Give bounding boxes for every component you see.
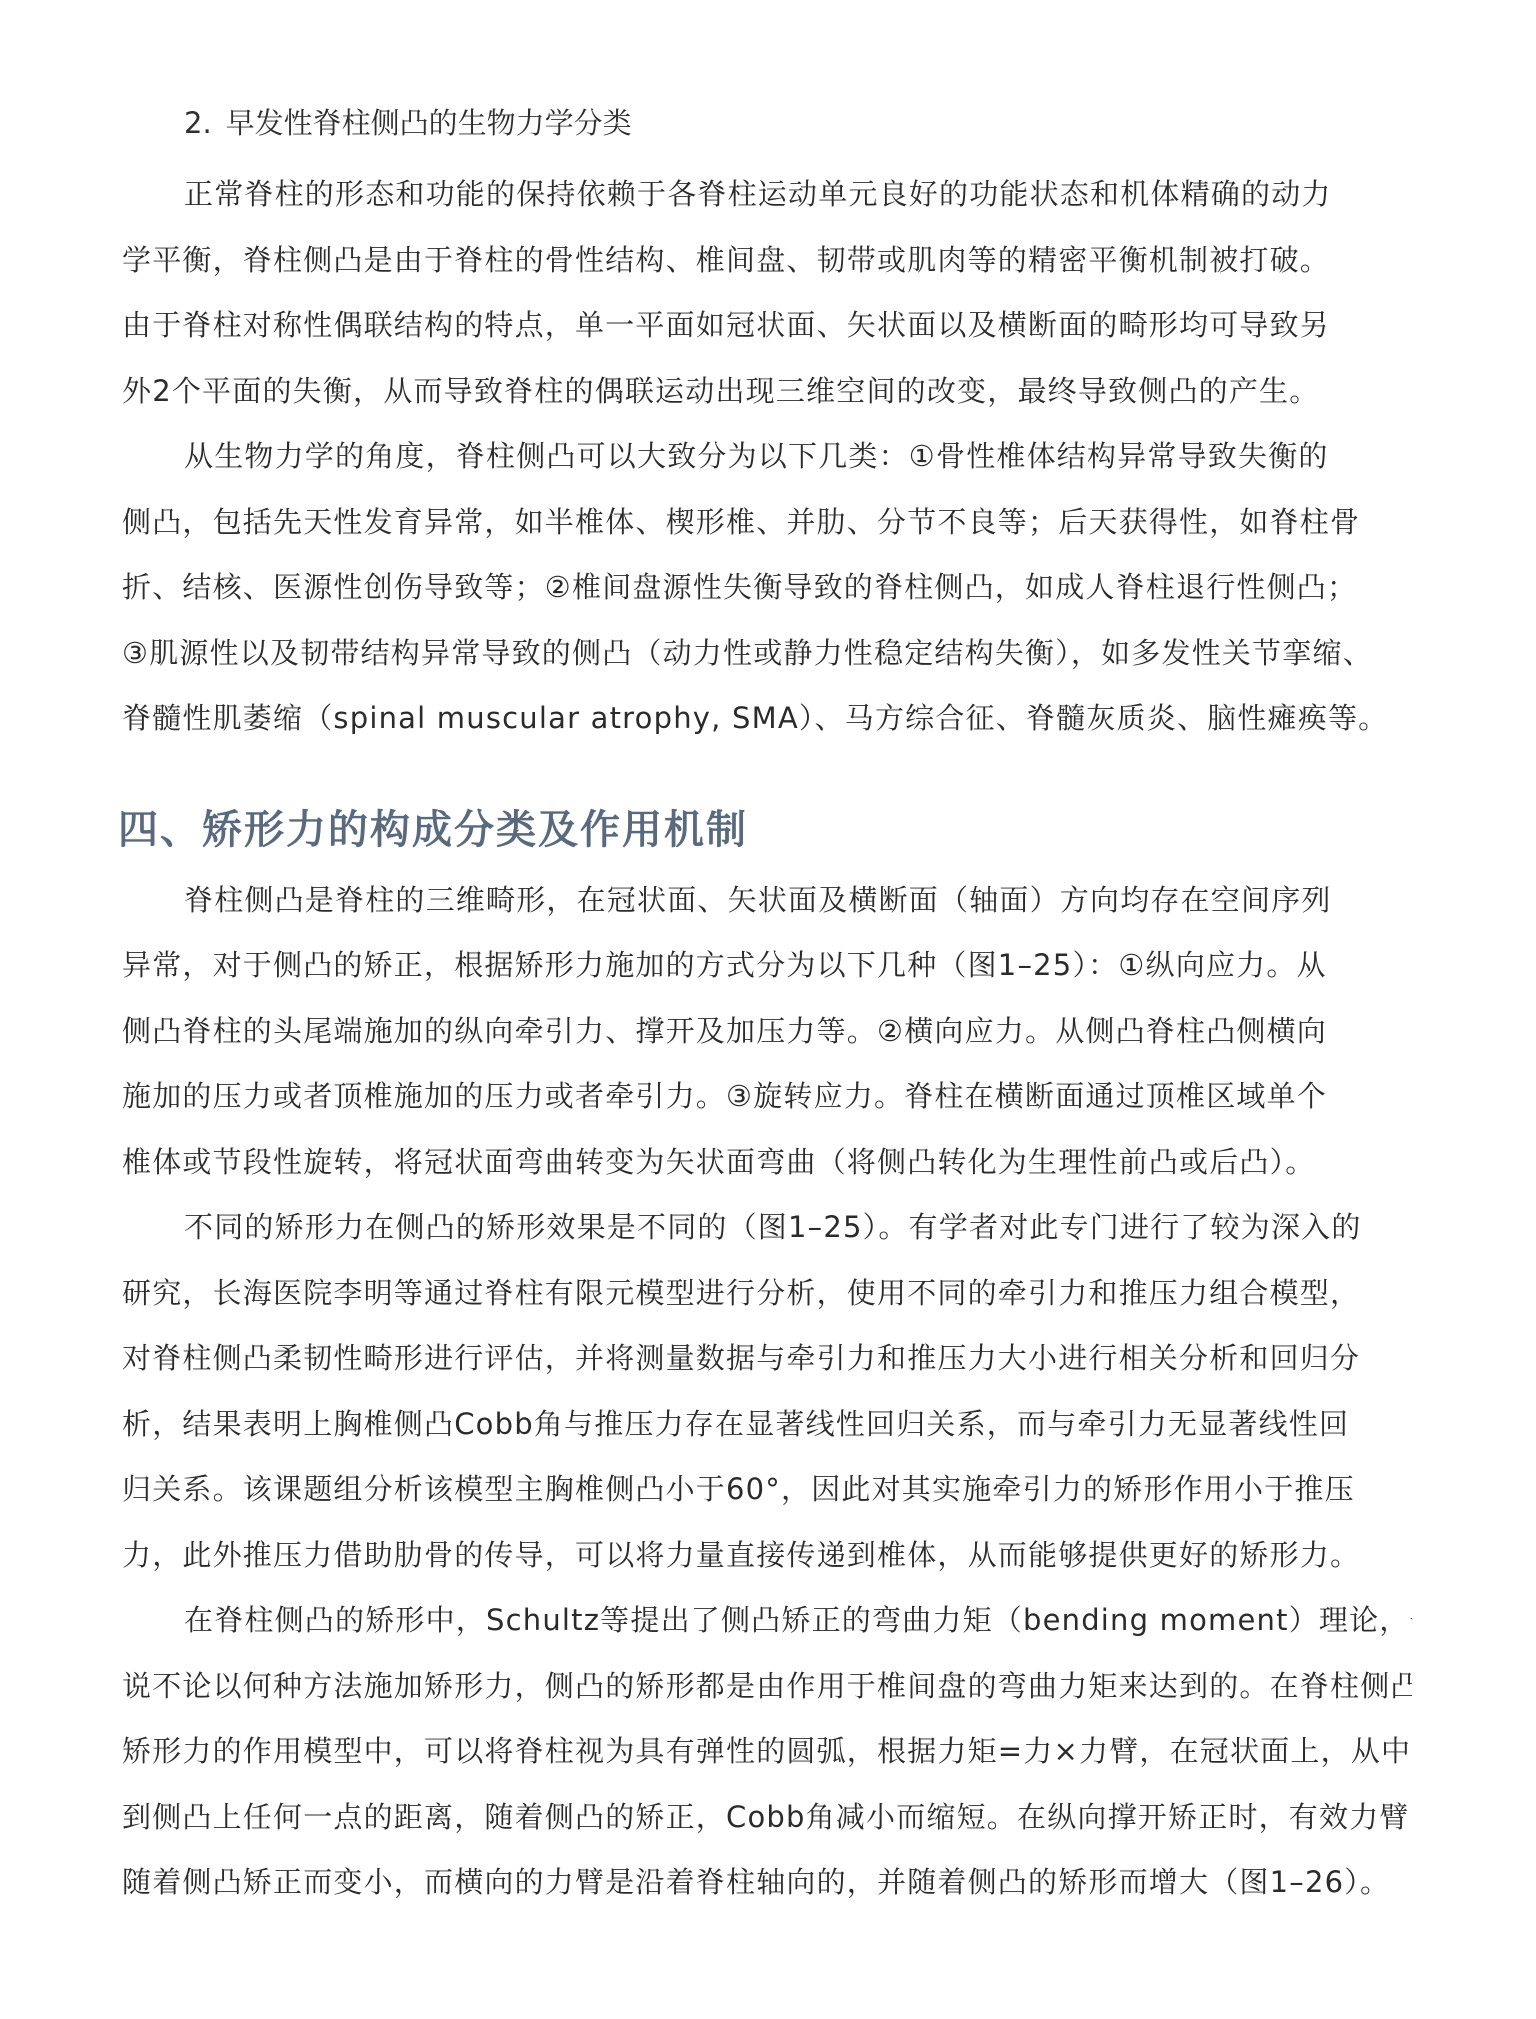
- text-line: 矫形力的作用模型中，可以将脊柱视为具有弹性的圆弧，根据力矩=力×力臂，在冠状面上…: [122, 1719, 1412, 1785]
- text-line: 归关系。该课题组分析该模型主胸椎侧凸小于60°，因此对其实施牵引力的矫形作用小于…: [122, 1457, 1412, 1523]
- text-line: 侧凸，包括先天性发育异常，如半椎体、楔形椎、并肋、分节不良等；后天获得性，如脊柱…: [122, 490, 1412, 556]
- text-line: 到侧凸上任何一点的距离，随着侧凸的矫正，Cobb角减小而缩短。在纵向撑开矫正时，…: [122, 1785, 1412, 1851]
- text-line: 椎体或节段性旋转，将冠状面弯曲转变为矢状面弯曲（将侧凸转化为生理性前凸或后凸）。: [122, 1130, 1412, 1196]
- text-line: 侧凸脊柱的头尾端施加的纵向牵引力、撑开及加压力等。②横向应力。从侧凸脊柱凸侧横向: [122, 999, 1412, 1065]
- paragraph-corrective-effect: 不同的矫形力在侧凸的矫形效果是不同的（图1–25）。有学者对此专门进行了较为深入…: [122, 1195, 1412, 1588]
- text-line: 正常脊柱的形态和功能的保持依赖于各脊柱运动单元良好的功能状态和机体精确的动力: [122, 162, 1412, 228]
- document-page: 2.早发性脊柱侧凸的生物力学分类 正常脊柱的形态和功能的保持依赖于各脊柱运动单元…: [122, 98, 1412, 1916]
- text-line: 脊髓性肌萎缩（spinal muscular atrophy, SMA）、马方综…: [122, 686, 1412, 752]
- subsection-title: 早发性脊柱侧凸的生物力学分类: [226, 106, 632, 140]
- subsection-heading: 2.早发性脊柱侧凸的生物力学分类: [122, 98, 1412, 148]
- text-line: 折、结核、医源性创伤导致等；②椎间盘源性失衡导致的脊柱侧凸，如成人脊柱退行性侧凸…: [122, 555, 1412, 621]
- text-line: 学平衡，脊柱侧凸是由于脊柱的骨性结构、椎间盘、韧带或肌肉等的精密平衡机制被打破。: [122, 228, 1412, 294]
- text-line: 在脊柱侧凸的矫形中，Schultz等提出了侧凸矫正的弯曲力矩（bending m…: [122, 1588, 1412, 1654]
- subsection-number: 2.: [184, 106, 212, 140]
- text-line: 施加的压力或者顶椎施加的压力或者牵引力。③旋转应力。脊柱在横断面通过顶椎区域单个: [122, 1064, 1412, 1130]
- text-line: 力，此外推压力借助肋骨的传导，可以将力量直接传递到椎体，从而能够提供更好的矫形力…: [122, 1523, 1412, 1589]
- text-line: 从生物力学的角度，脊柱侧凸可以大致分为以下几类：①骨性椎体结构异常导致失衡的: [122, 424, 1412, 490]
- text-line: 随着侧凸矫正而变小，而横向的力臂是沿着脊柱轴向的，并随着侧凸的矫形而增大（图1–…: [122, 1850, 1412, 1916]
- paragraph-normal-spine: 正常脊柱的形态和功能的保持依赖于各脊柱运动单元良好的功能状态和机体精确的动力 学…: [122, 162, 1412, 424]
- paragraph-bending-moment: 在脊柱侧凸的矫形中，Schultz等提出了侧凸矫正的弯曲力矩（bending m…: [122, 1588, 1412, 1916]
- text-line: 对脊柱侧凸柔韧性畸形进行评估，并将测量数据与牵引力和推压力大小进行相关分析和回归…: [122, 1326, 1412, 1392]
- paragraph-biomechanical-classes: 从生物力学的角度，脊柱侧凸可以大致分为以下几类：①骨性椎体结构异常导致失衡的 侧…: [122, 424, 1412, 752]
- text-line: ③肌源性以及韧带结构异常导致的侧凸（动力性或静力性稳定结构失衡），如多发性关节挛…: [122, 621, 1412, 687]
- text-line: 异常，对于侧凸的矫正，根据矫形力施加的方式分为以下几种（图1–25）：①纵向应力…: [122, 933, 1412, 999]
- text-line: 不同的矫形力在侧凸的矫形效果是不同的（图1–25）。有学者对此专门进行了较为深入…: [122, 1195, 1412, 1261]
- text-line: 析，结果表明上胸椎侧凸Cobb角与推压力存在显著线性回归关系，而与牵引力无显著线…: [122, 1392, 1412, 1458]
- paragraph-3d-deformity: 脊柱侧凸是脊柱的三维畸形，在冠状面、矢状面及横断面（轴面）方向均存在空间序列 异…: [122, 868, 1412, 1196]
- text-line: 研究，长海医院李明等通过脊柱有限元模型进行分析，使用不同的牵引力和推压力组合模型…: [122, 1261, 1412, 1327]
- text-line: 说不论以何种方法施加矫形力，侧凸的矫形都是由作用于椎间盘的弯曲力矩来达到的。在脊…: [122, 1654, 1412, 1720]
- text-line: 由于脊柱对称性偶联结构的特点，单一平面如冠状面、矢状面以及横断面的畸形均可导致另: [122, 293, 1412, 359]
- text-line: 脊柱侧凸是脊柱的三维畸形，在冠状面、矢状面及横断面（轴面）方向均存在空间序列: [122, 868, 1412, 934]
- text-line: 外2个平面的失衡，从而导致脊柱的偶联运动出现三维空间的改变，最终导致侧凸的产生。: [122, 359, 1412, 425]
- section-heading: 四、矫形力的构成分类及作用机制: [118, 800, 1412, 860]
